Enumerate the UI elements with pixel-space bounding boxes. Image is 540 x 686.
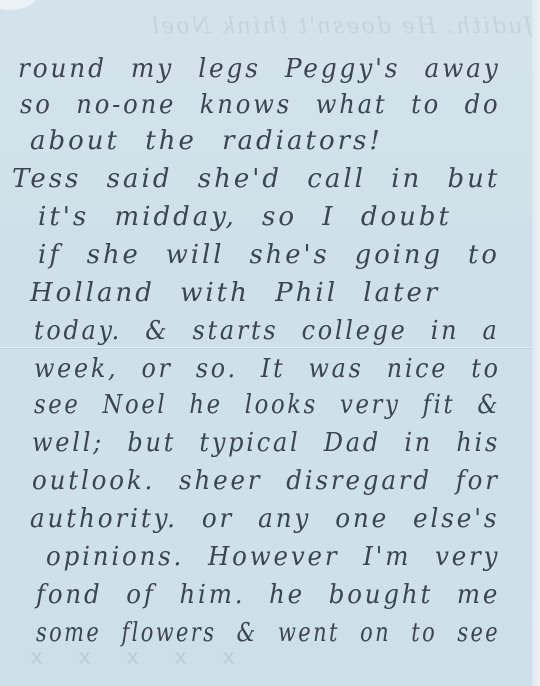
letter-line-15: fond of him. he bought me [36,582,500,608]
letter-line-8: today. & starts college in a [34,318,500,344]
letter-line-9: week, or so. It was nice to [34,356,501,382]
paper-fold-line [0,347,532,348]
bleed-through-kisses: x x x x x [30,645,249,670]
letter-line-16: some flowers & went on to see [36,620,500,646]
letter-line-12: outlook. sheer disregard for [32,468,500,494]
letter-paper: Judith. He doesn't think Noel x x x x x … [0,0,532,686]
letter-line-3: about the radiators! [30,128,383,154]
letter-line-13: authority. or any one else's [30,506,499,532]
paper-edge [532,0,540,686]
letter-line-2: so no-one knows what to do [20,92,500,118]
letter-line-7: Holland with Phil later [30,280,440,306]
paper-corner-curl [0,0,40,10]
letter-line-4: Tess said she'd call in but [12,166,500,192]
letter-line-14: opinions. However I'm very [46,544,500,570]
letter-line-11: well; but typical Dad in his [32,430,500,456]
letter-line-6: if she will she's going to [38,242,500,268]
letter-line-10: see Noel he looks very fit & [34,392,500,418]
letter-line-5: it's midday, so I doubt [38,204,452,230]
bleed-through-text: Judith. He doesn't think Noel [150,14,533,39]
letter-line-1: round my legs Peggy's away [18,56,501,82]
